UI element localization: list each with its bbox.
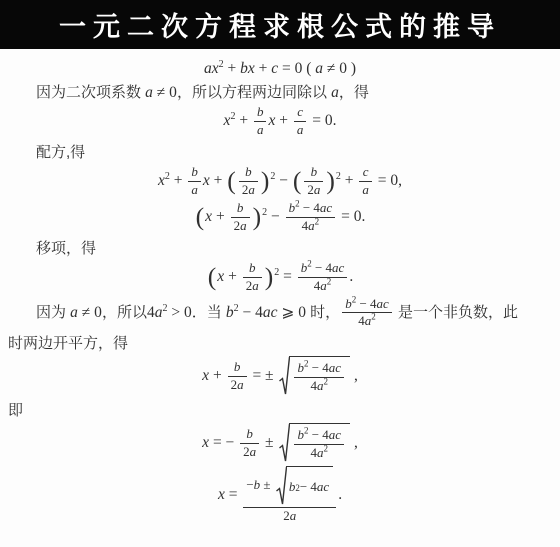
math-fraction: b2 − 4ac4a2 xyxy=(294,361,344,394)
math-superscript: 2 xyxy=(324,377,329,387)
math-big-paren: ( xyxy=(207,262,218,291)
chinese-text: 时， xyxy=(306,304,340,321)
math-operator: − 4 xyxy=(300,480,317,495)
text-line: 因为 a ≠ 0，所以4a2 > 0．当 b2 − 4ac ⩾ 0 时，b2 −… xyxy=(8,297,552,330)
equation-line: ax2 + bx + c = 0 ( a ≠ 0 ) xyxy=(8,60,552,78)
math-operator: = xyxy=(279,268,296,285)
math-operator: ≠ 0 ) xyxy=(323,60,356,77)
math-variable: b xyxy=(249,260,256,275)
fraction-numerator: b xyxy=(254,105,267,122)
math-variable: a xyxy=(70,304,78,321)
math-operator: − 4 xyxy=(312,260,332,275)
math-operator: − xyxy=(246,477,253,492)
math-variable: a xyxy=(290,508,297,523)
math-variable: ac xyxy=(320,200,332,215)
math-variable: x xyxy=(203,172,210,189)
fraction-numerator: b xyxy=(239,165,258,182)
fraction-denominator: 2a xyxy=(231,218,250,234)
math-variable: ac xyxy=(332,260,344,275)
math-operator: , xyxy=(350,367,358,384)
math-big-paren: ) xyxy=(264,262,275,291)
fraction-numerator: c xyxy=(359,165,372,182)
chinese-text: ．当 xyxy=(192,304,226,321)
fraction-denominator: a xyxy=(359,182,372,198)
math-big-paren: ) xyxy=(252,202,263,231)
math-operator: + xyxy=(341,172,358,189)
math-variable: a xyxy=(250,444,257,459)
math-variable: b xyxy=(246,426,253,441)
math-variable: ac xyxy=(263,304,278,321)
math-big-paren: ( xyxy=(226,166,237,195)
chinese-text: ，所以 xyxy=(102,304,147,321)
math-operator: = 0, xyxy=(374,172,402,189)
math-operator: = xyxy=(225,486,242,503)
math-operator: = 0 ( xyxy=(278,60,315,77)
fraction-denominator: 2a xyxy=(243,278,262,294)
math-operator: − xyxy=(275,172,292,189)
math-fraction: ca xyxy=(359,165,372,198)
equation-line: (x + b2a)2 = b2 − 4ac4a2. xyxy=(8,261,552,294)
math-fraction: b2 − 4ac4a2 xyxy=(298,261,348,294)
math-variable: a xyxy=(362,182,369,197)
fraction-numerator: b2 − 4ac xyxy=(286,201,336,218)
math-fraction: b2a xyxy=(243,261,262,294)
math-operator: + xyxy=(275,112,292,129)
math-operator: = ± xyxy=(249,367,278,384)
math-operator: = 0. xyxy=(308,112,336,129)
math-operator: + xyxy=(170,172,187,189)
math-variable: ac xyxy=(329,360,341,375)
radicand: b2 − 4ac4a2 xyxy=(289,423,350,463)
math-operator: + xyxy=(212,208,229,225)
math-superscript: 2 xyxy=(371,312,376,322)
fraction-numerator: b2 − 4ac xyxy=(294,361,344,378)
math-big-paren: ) xyxy=(325,166,336,195)
math-variable: a xyxy=(248,182,255,197)
inline-math: ax2 + bx + c = 0 ( a ≠ 0 ) xyxy=(204,60,356,77)
math-operator: − 4 xyxy=(239,304,263,321)
fraction-denominator: 4a2 xyxy=(286,218,336,234)
math-superscript: 2 xyxy=(327,276,332,286)
inline-math: x = − b2a ± b2 − 4ac4a2 , xyxy=(202,434,358,451)
inline-math: x = −b ± b2 − 4ac2a. xyxy=(218,486,342,503)
fraction-numerator: b xyxy=(240,427,259,444)
math-operator: − xyxy=(267,208,284,225)
inline-math: x2 + bax + ca = 0. xyxy=(224,112,337,129)
fraction-numerator: b xyxy=(243,261,262,278)
text-line: 时两边开平方，得 xyxy=(8,332,552,353)
fraction-denominator: 2a xyxy=(239,182,258,198)
math-variable: c xyxy=(363,164,369,179)
inline-math: b2 − 4ac ⩾ 0 xyxy=(226,304,306,321)
fraction-denominator: 4a2 xyxy=(294,378,344,394)
inline-math: x + b2a = ± b2 − 4ac4a2 , xyxy=(202,367,358,384)
math-variable: a xyxy=(315,60,323,77)
fraction-denominator: 2a xyxy=(228,377,247,393)
math-fraction: b2a xyxy=(228,360,247,393)
equation-line: x = −b ± b2 − 4ac2a. xyxy=(8,466,552,524)
text-line: 配方,得 xyxy=(8,141,552,162)
document-body: ax2 + bx + c = 0 ( a ≠ 0 )因为二次项系数 a ≠ 0，… xyxy=(0,49,560,524)
math-operator: ⩾ 0 xyxy=(278,304,307,321)
fraction-numerator: b xyxy=(228,360,247,377)
math-variable: ac xyxy=(317,480,329,495)
radicand: b2 − 4ac xyxy=(286,466,333,506)
fraction-denominator: a xyxy=(188,182,201,198)
math-fraction: b2a xyxy=(240,427,259,460)
fraction-numerator: −b ± b2 − 4ac xyxy=(243,466,336,508)
math-fraction: b2 − 4ac4a2 xyxy=(294,428,344,461)
fraction-denominator: 4a2 xyxy=(294,445,344,461)
inline-math: x2 + bax + (b2a)2 − (b2a)2 + ca = 0, xyxy=(158,172,402,189)
equation-line: x = − b2a ± b2 − 4ac4a2 , xyxy=(8,423,552,463)
math-variable: b xyxy=(191,164,198,179)
fraction-denominator: 2a xyxy=(243,508,336,524)
inline-math: (x + b2a)2 = b2 − 4ac4a2. xyxy=(207,268,353,285)
math-variable: a xyxy=(145,84,153,101)
math-operator: − 4 xyxy=(308,427,328,442)
chinese-text: 移项，得 xyxy=(36,240,96,257)
fraction-denominator: a xyxy=(294,122,307,138)
math-variable: c xyxy=(297,104,303,119)
math-operator: . xyxy=(349,268,353,285)
page-title: 一元二次方程求根公式的推导 xyxy=(59,5,501,44)
fraction-numerator: b2 − 4ac xyxy=(298,261,348,278)
fraction-numerator: b xyxy=(304,165,323,182)
title-banner: 一元二次方程求根公式的推导 xyxy=(0,0,560,49)
math-fraction: b2 − 4ac4a2 xyxy=(342,297,392,330)
chinese-text: 时两边开平方，得 xyxy=(8,335,128,352)
math-operator: − 4 xyxy=(308,360,328,375)
math-variable: b xyxy=(245,164,252,179)
fraction-numerator: b2 − 4ac xyxy=(342,297,392,314)
math-operator: ± xyxy=(260,477,274,492)
fraction-denominator: 2a xyxy=(240,444,259,460)
fraction-numerator: b xyxy=(231,201,250,218)
math-operator: = 0. xyxy=(337,208,365,225)
math-variable: a xyxy=(297,122,304,137)
math-operator: = − xyxy=(209,434,238,451)
math-fraction: b2a xyxy=(239,165,258,198)
math-operator: + xyxy=(209,367,226,384)
inline-math: a ≠ 0 xyxy=(145,84,177,101)
text-line: 即 xyxy=(8,399,552,420)
math-variable: a xyxy=(252,278,259,293)
math-operator: . xyxy=(338,486,342,503)
math-operator: + xyxy=(210,172,227,189)
math-variable: b xyxy=(311,164,318,179)
math-operator: − 4 xyxy=(300,200,320,215)
math-variable: a xyxy=(314,182,321,197)
math-fraction: b2a xyxy=(304,165,323,198)
text-line: 因为二次项系数 a ≠ 0，所以方程两边同除以 a，得 xyxy=(8,81,552,102)
math-square-root: b2 − 4ac4a2 xyxy=(279,423,350,463)
math-fraction: ba xyxy=(254,105,267,138)
math-operator: + xyxy=(255,60,272,77)
math-operator: ≠ 0 xyxy=(153,84,177,101)
fraction-denominator: 2a xyxy=(304,182,323,198)
fraction-denominator: a xyxy=(254,122,267,138)
math-variable: a xyxy=(240,218,247,233)
math-variable: b xyxy=(237,200,244,215)
inline-math: a xyxy=(331,84,339,101)
chinese-text: 因为 xyxy=(36,304,70,321)
math-variable: x xyxy=(218,486,225,503)
math-variable: b xyxy=(234,359,241,374)
fraction-denominator: 4a2 xyxy=(342,313,392,329)
math-variable: x xyxy=(158,172,165,189)
math-big-paren: ) xyxy=(260,166,271,195)
equation-line: x + b2a = ± b2 − 4ac4a2 , xyxy=(8,356,552,396)
math-variable: ac xyxy=(377,296,389,311)
math-fraction: ca xyxy=(294,105,307,138)
text-line: 移项，得 xyxy=(8,237,552,258)
chinese-text: 是一个非负数，此 xyxy=(394,304,518,321)
math-operator: + xyxy=(224,268,241,285)
math-operator: 4 xyxy=(147,304,155,321)
math-operator: ± xyxy=(261,434,277,451)
math-fraction: ba xyxy=(188,165,201,198)
chinese-text: 因为二次项系数 xyxy=(36,84,145,101)
math-variable: a xyxy=(331,84,339,101)
math-variable: bx xyxy=(240,60,255,77)
inline-math: a ≠ 0 xyxy=(70,304,102,321)
chinese-text: 即 xyxy=(8,402,23,419)
fraction-denominator: 4a2 xyxy=(298,278,348,294)
equation-line: (x + b2a)2 − b2 − 4ac4a2 = 0. xyxy=(8,201,552,234)
equation-line: x2 + bax + (b2a)2 − (b2a)2 + ca = 0, xyxy=(8,165,552,198)
math-operator: , xyxy=(350,434,358,451)
chinese-text: ，得 xyxy=(339,84,369,101)
math-variable: b xyxy=(257,104,264,119)
fraction-numerator: b2 − 4ac xyxy=(294,428,344,445)
math-variable: a xyxy=(191,182,198,197)
math-operator: > 0 xyxy=(167,304,191,321)
math-variable: ac xyxy=(329,427,341,442)
math-square-root: b2 − 4ac xyxy=(276,466,333,506)
math-variable: a xyxy=(237,377,244,392)
math-operator: + xyxy=(235,112,252,129)
fraction-numerator: b xyxy=(188,165,201,182)
math-fraction: b2 − 4ac4a2 xyxy=(286,201,336,234)
chinese-text: ，所以方程两边同除以 xyxy=(177,84,331,101)
math-variable: b xyxy=(226,304,234,321)
radicand: b2 − 4ac4a2 xyxy=(289,356,350,396)
math-operator: + xyxy=(224,60,241,77)
math-fraction: −b ± b2 − 4ac2a xyxy=(243,466,336,524)
equation-line: x2 + bax + ca = 0. xyxy=(8,105,552,138)
inline-math: b2 − 4ac4a2 xyxy=(340,304,394,321)
page: 一元二次方程求根公式的推导 ax2 + bx + c = 0 ( a ≠ 0 )… xyxy=(0,0,560,547)
math-superscript: 2 xyxy=(315,216,320,226)
math-variable: ax xyxy=(204,60,219,77)
fraction-numerator: c xyxy=(294,105,307,122)
math-superscript: 2 xyxy=(324,444,329,454)
inline-math: 4a2 > 0 xyxy=(147,304,192,321)
math-big-paren: ( xyxy=(195,202,206,231)
math-square-root: b2 − 4ac4a2 xyxy=(279,356,350,396)
math-variable: a xyxy=(257,122,264,137)
inline-math: (x + b2a)2 − b2 − 4ac4a2 = 0. xyxy=(195,208,366,225)
chinese-text: 配方,得 xyxy=(36,144,85,161)
math-big-paren: ( xyxy=(292,166,303,195)
math-fraction: b2a xyxy=(231,201,250,234)
math-operator: ≠ 0 xyxy=(78,304,102,321)
math-operator: − 4 xyxy=(356,296,376,311)
